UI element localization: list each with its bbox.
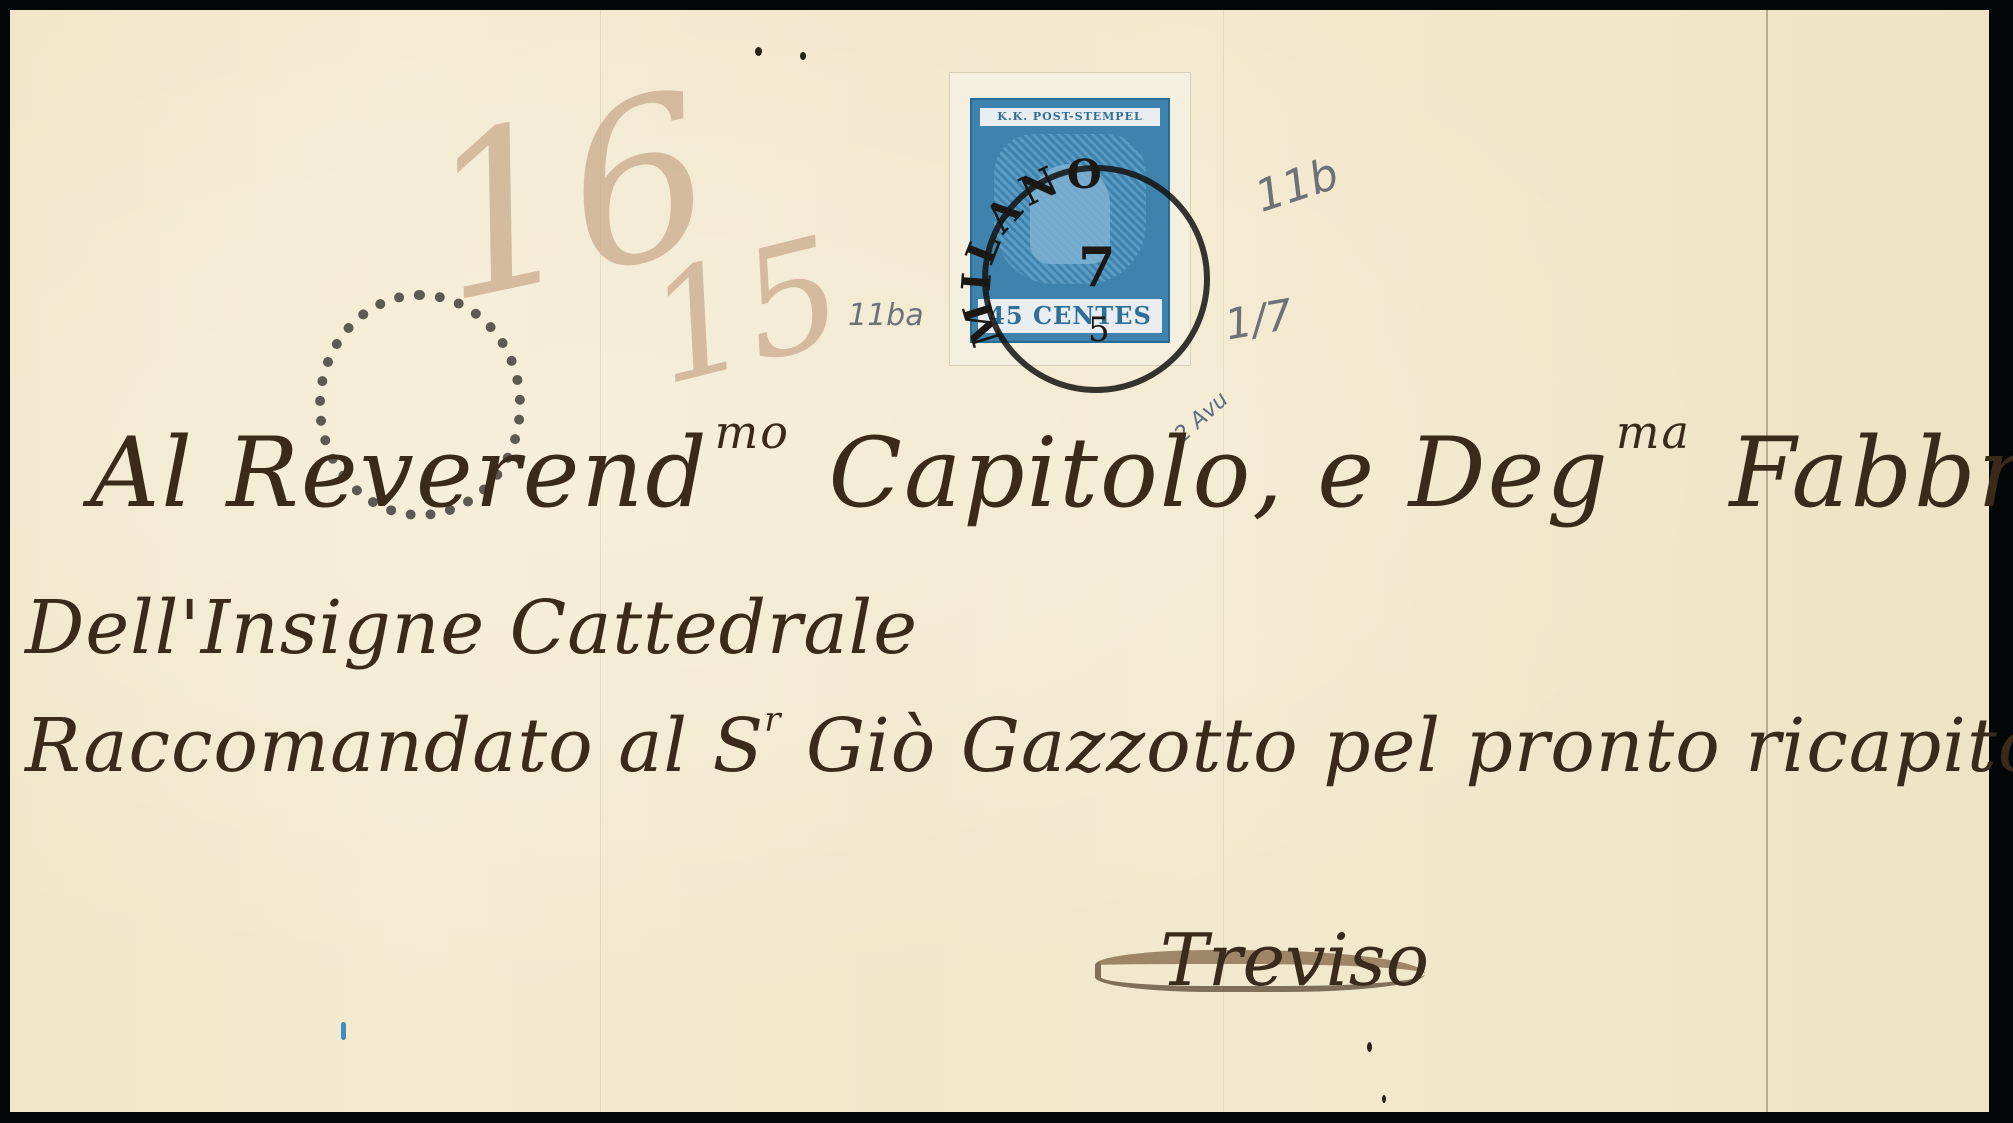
scan-border: 16 15 K.K. POST-STEMPEL 45 CENTES MILANO [0, 0, 2013, 1123]
address-recipient-end: Fabbriceria [1729, 417, 2013, 529]
stamp-top-inscription: K.K. POST-STEMPEL [980, 108, 1160, 126]
paper-fold-line [1766, 10, 1768, 1112]
superscript-abbrev: mo [715, 405, 790, 459]
postmark-month: 5 [1088, 310, 1110, 350]
postal-cover: 16 15 K.K. POST-STEMPEL 45 CENTES MILANO [10, 10, 1989, 1112]
ink-speck [800, 52, 806, 60]
pencil-catalogue-note: 11ba [848, 298, 924, 333]
address-salutation: Al Reverend [90, 417, 709, 529]
pencil-fraction-note: 1/7 [1221, 290, 1296, 350]
ink-speck [1367, 1042, 1372, 1052]
address-line-3: Raccomandato al Sr Giò Gazzotto pel pron… [25, 700, 2013, 789]
blue-ink-mark [341, 1022, 346, 1040]
address-instruction: Raccomandato al S [25, 703, 764, 789]
address-destination: Treviso [1160, 918, 1429, 1002]
superscript-abbrev: ma [1616, 405, 1691, 459]
superscript-abbrev: r [764, 700, 781, 740]
address-instruction-rest: Giò Gazzotto pel pronto ricapito [806, 703, 2013, 789]
address-line-1: Al Reverendmo Capitolo, e Degma Fabbrice… [90, 405, 2013, 529]
address-line-2: Dell'Insigne Cattedrale [25, 585, 918, 671]
address-recipient: Capitolo, e Deg [829, 417, 1610, 529]
ink-speck [755, 47, 762, 56]
postmark-day: 7 [1078, 235, 1116, 299]
pencil-top-right-note: 11b [1249, 148, 1345, 222]
ink-speck [1382, 1095, 1386, 1103]
